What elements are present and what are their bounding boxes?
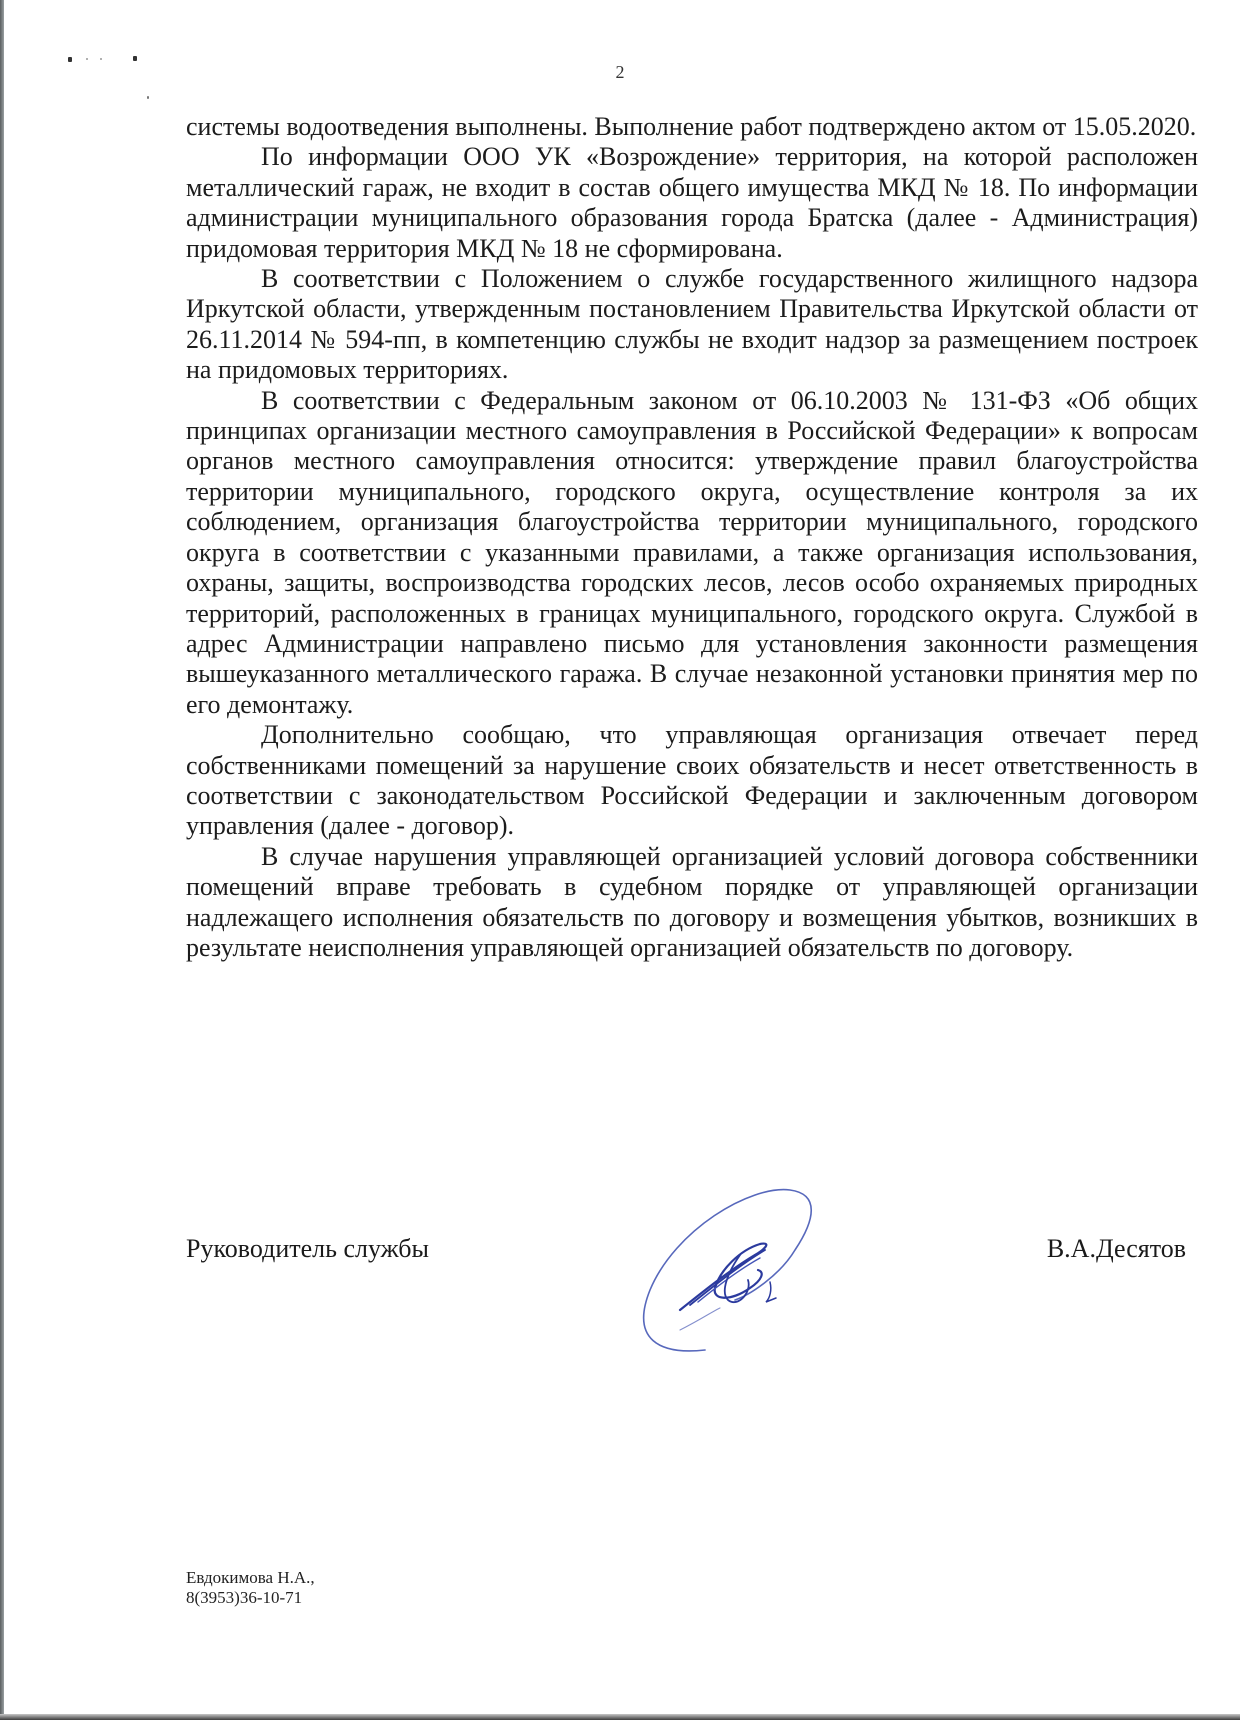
paragraph-management-company-info: По информации ООО УК «Возрождение» терри… [186,142,1198,264]
letter-body: системы водоотведения выполнены. Выполне… [186,112,1198,963]
paragraph-federal-law: В соответствии с Федеральным законом от … [186,386,1198,720]
executor-phone: 8(3953)36-10-71 [186,1588,315,1608]
paragraph-additional-info: Дополнительно сообщаю, что управляющая о… [186,720,1198,842]
scan-speck [147,96,149,99]
scan-border-bottom [0,1714,1240,1720]
executor-info: Евдокимова Н.А., 8(3953)36-10-71 [186,1568,315,1608]
signer-name: В.А.Десятов [1047,1234,1186,1264]
handwritten-signature-icon [620,1180,880,1360]
scan-speck [100,58,102,60]
page-number: 2 [0,62,1240,83]
signer-title: Руководитель службы [186,1234,429,1264]
paragraph-continuation: системы водоотведения выполнены. Выполне… [186,112,1198,142]
scan-speck [133,56,137,61]
scan-speck [86,58,88,60]
paragraph-contract-violation: В случае нарушения управляющей организац… [186,842,1198,964]
paragraph-service-competence: В соответствии с Положением о службе гос… [186,264,1198,386]
executor-name: Евдокимова Н.А., [186,1568,315,1588]
scan-border-left [0,0,4,1720]
